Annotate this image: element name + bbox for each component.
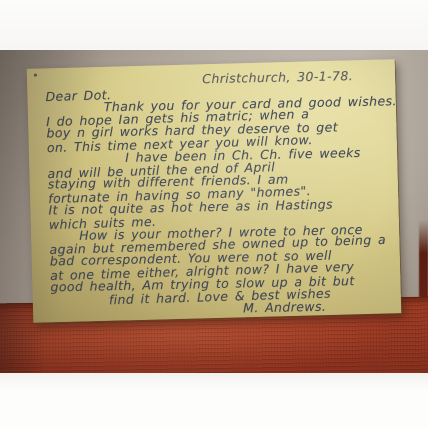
photo-border-top [0,0,428,50]
photo-of-postcard: Christchurch, 30-1-78.Dear Dot.Thank you… [0,0,428,428]
photo-border-bottom [0,373,428,428]
handwriting-lines: Christchurch, 30-1-78.Dear Dot.Thank you… [27,59,402,323]
photo-area: Christchurch, 30-1-78.Dear Dot.Thank you… [0,50,428,373]
postcard: Christchurch, 30-1-78.Dear Dot.Thank you… [27,59,402,323]
